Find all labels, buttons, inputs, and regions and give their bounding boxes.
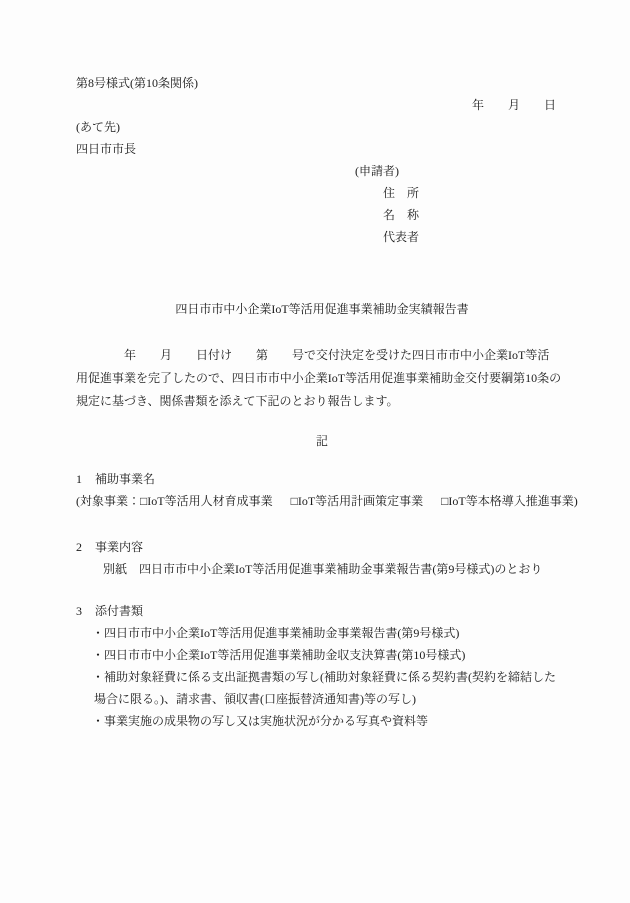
checkbox-plan-formulation[interactable]: □ — [291, 494, 298, 508]
attachment-item-3-continuation: 場合に限る。)、請求書、領収書(口座振替済通知書)等の写し) — [94, 688, 568, 710]
bullet-icon: ・ — [92, 622, 104, 644]
list-marker-ki: 記 — [76, 430, 568, 452]
option-plan-formulation-label: IoT等活用計画策定事業 — [298, 494, 423, 508]
bullet-icon: ・ — [92, 710, 104, 732]
body-paragraph: 年 月 日付け 第 号で交付決定を受けた四日市市中小企業IoT等活 用促進事業を… — [76, 344, 568, 413]
document-title: 四日市市中小企業IoT等活用促進事業補助金実績報告書 — [76, 298, 568, 320]
section-2-detail: 別紙 四日市市中小企業IoT等活用促進事業補助金事業報告書(第9号様式)のとおり — [103, 558, 568, 580]
attachment-item-2: ・四日市市中小企業IoT等活用促進事業補助金収支決算書(第10号様式) — [92, 644, 568, 666]
option-hr-training-label: IoT等活用人材育成事業 — [147, 494, 272, 508]
section-1-number: 1 — [76, 468, 95, 490]
attachment-item-1-text: 四日市市中小企業IoT等活用促進事業補助金事業報告書(第9号様式) — [104, 626, 459, 640]
form-number: 第8号様式(第10条関係) — [76, 72, 568, 94]
target-prefix: (対象事業： — [76, 494, 140, 508]
option-hr-training: □IoT等活用人材育成事業 — [140, 494, 273, 508]
addressee-label: (あて先) — [76, 116, 568, 138]
section-2-label: 事業内容 — [95, 540, 143, 554]
option-full-adoption: □IoT等本格導入推進事業 — [441, 494, 574, 508]
addressee-name: 四日市市長 — [76, 138, 568, 160]
target-suffix: ) — [574, 494, 578, 508]
body-line-3: 規定に基づき、関係書類を添えて下記のとおり報告します。 — [76, 390, 568, 413]
applicant-label: (申請者) — [355, 160, 568, 182]
attachment-item-4-text: 事業実施の成果物の写し又は実施状況が分かる写真や資料等 — [104, 714, 428, 728]
section-2-number: 2 — [76, 536, 95, 558]
attachment-item-1: ・四日市市中小企業IoT等活用促進事業補助金事業報告書(第9号様式) — [92, 622, 568, 644]
attachment-item-3-text: 補助対象経費に係る支出証拠書類の写し(補助対象経費に係る契約書(契約を締結した — [104, 670, 556, 684]
document-content: 第8号様式(第10条関係) 年 月 日 (あて先) 四日市市長 (申請者) 住 … — [76, 72, 568, 732]
section-3-heading: 3添付書類 — [76, 600, 568, 622]
attachment-item-3: ・補助対象経費に係る支出証拠書類の写し(補助対象経費に係る契約書(契約を締結した — [92, 666, 568, 688]
section-3-label: 添付書類 — [95, 604, 143, 618]
attachment-item-4: ・事業実施の成果物の写し又は実施状況が分かる写真や資料等 — [92, 710, 568, 732]
option-full-adoption-label: IoT等本格導入推進事業 — [448, 494, 573, 508]
applicant-address-field: 住 所 — [383, 182, 568, 204]
body-line-1: 年 月 日付け 第 号で交付決定を受けた四日市市中小企業IoT等活 — [76, 344, 568, 367]
applicant-name-field: 名 称 — [383, 204, 568, 226]
option-plan-formulation: □IoT等活用計画策定事業 — [291, 494, 424, 508]
attachment-item-2-text: 四日市市中小企業IoT等活用促進事業補助金収支決算書(第10号様式) — [104, 648, 465, 662]
applicant-representative-field: 代表者 — [383, 226, 568, 248]
document-page: 第8号様式(第10条関係) 年 月 日 (あて先) 四日市市長 (申請者) 住 … — [0, 0, 630, 903]
section-2-heading: 2事業内容 — [76, 536, 568, 558]
target-business-line: (対象事業：□IoT等活用人材育成事業□IoT等活用計画策定事業□IoT等本格導… — [76, 490, 568, 512]
section-1-label: 補助事業名 — [95, 472, 155, 486]
bullet-icon: ・ — [92, 644, 104, 666]
bullet-icon: ・ — [92, 666, 104, 688]
date-line: 年 月 日 — [76, 94, 568, 116]
section-1-heading: 1補助事業名 — [76, 468, 568, 490]
section-3-number: 3 — [76, 600, 95, 622]
body-line-2: 用促進事業を完了したので、四日市市中小企業IoT等活用促進事業補助金交付要綱第1… — [76, 367, 568, 390]
